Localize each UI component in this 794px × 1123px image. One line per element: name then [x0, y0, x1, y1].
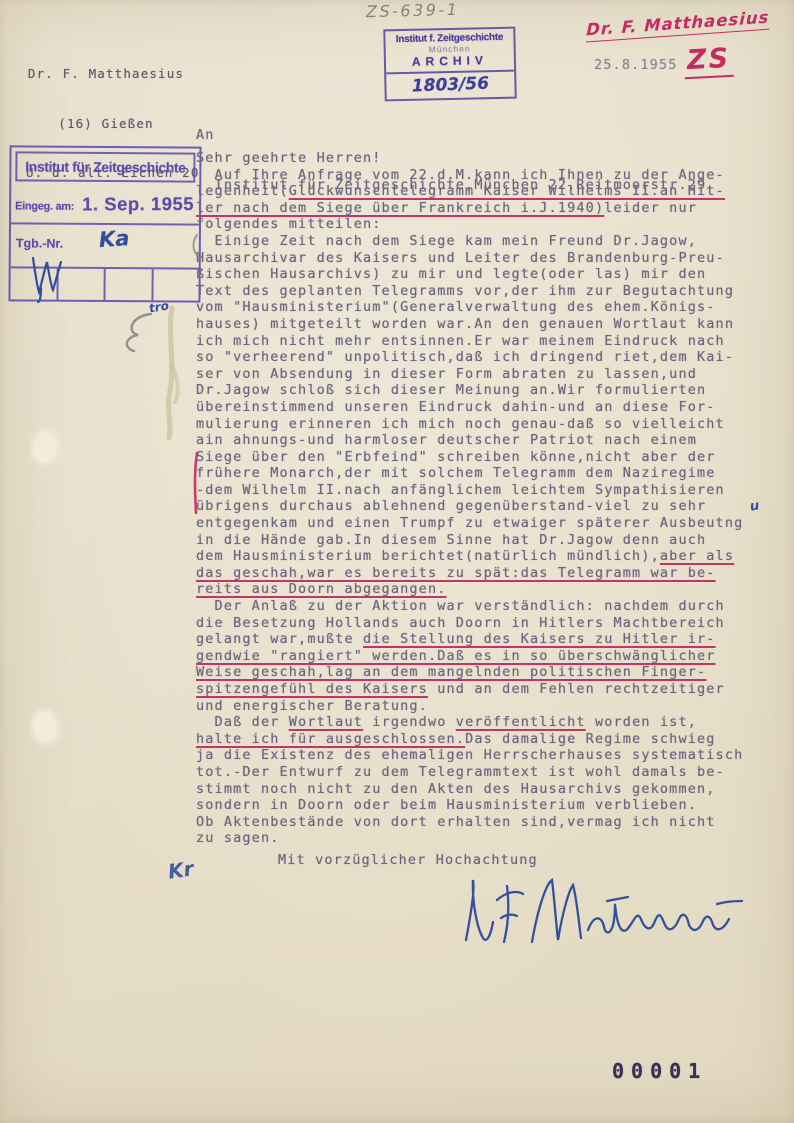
body-line: Sehr geehrte Herren! — [196, 150, 776, 167]
sender-name: Dr. F. Matthaesius — [26, 66, 186, 83]
typed-date: 25.8.1955 — [594, 57, 678, 74]
body-line: vom "Hausministerium"(Generalverwaltung … — [196, 299, 776, 316]
body-line: gendwie "rangiert" werden.Daß es in so ü… — [196, 648, 776, 665]
body-line: Text des geplanten Telegramms vor,der ih… — [196, 283, 776, 300]
archive-stamp: Institut f. Zeitgeschichte München ARCHI… — [383, 27, 516, 102]
page-number: 00001 — [612, 1059, 707, 1083]
faded-ink-streak — [157, 304, 193, 444]
body-line: mulierung erinneren ich mich noch genau-… — [196, 416, 776, 433]
body-line: Dr.Jagow schloß sich dieser Meinung an.W… — [196, 382, 776, 399]
body-line: stimmt noch nicht zu den Akten des Hausa… — [196, 781, 776, 798]
received-label: Eingeg. am: — [15, 200, 74, 212]
body-line: ler nach dem Siege über Frankreich i.J.1… — [196, 200, 776, 217]
body-line: ßischen Hausarchivs) zu mir und legte(od… — [196, 266, 776, 283]
body-line: das geschah,war es bereits zu spät:das T… — [196, 565, 776, 582]
receipt-stamp-date-row: Eingeg. am: 1. Sep. 1955 — [11, 185, 199, 225]
body-line: übereinstimmend unseren Eindruck dahin-u… — [196, 399, 776, 416]
body-line: folgendes mitteilen: — [196, 216, 776, 233]
body-line: ich mich nicht mehr entsinnen.Er war mei… — [196, 333, 776, 350]
scanned-letter-page: Dr. F. Matthaesius (16) Gießen U. d. alt… — [0, 0, 794, 1123]
body-line: ser von Absendung in dieser Form abraten… — [196, 366, 776, 383]
red-ink-zs-annotation: ZS — [683, 43, 734, 80]
small-pencil-mark — [188, 232, 206, 260]
body-line: spitzengefühl des Kaisers und an dem Feh… — [196, 681, 776, 698]
body-line: sondern in Doorn oder beim Hausministeri… — [196, 797, 776, 814]
body-line: entgegenkam und einen Trumpf zu etwaiger… — [196, 515, 776, 532]
body-line: Hausarchivar des Kaisers und Leiter des … — [196, 250, 776, 267]
pencil-squiggle-mark — [119, 308, 161, 358]
body-line: Auf Ihre Anfrage vom 22.d.M.kann ich Ihn… — [196, 167, 776, 184]
body-line: reits aus Doorn abgegangen. — [196, 581, 776, 598]
stamp-grid-cell — [105, 269, 153, 300]
body-line: Einige Zeit nach dem Siege kam mein Freu… — [196, 233, 776, 250]
body-line: dem Hausministerium berichtet(natürlich … — [196, 548, 776, 565]
body-line: ain ahnungs-und harmloser deutscher Patr… — [196, 432, 776, 449]
body-line: Weise geschah,lag an dem mangelnden poli… — [196, 664, 776, 681]
body-line: übrigens durchaus ablehnend gegenübersta… — [196, 498, 776, 515]
body-line: tot.-Der Entwurf zu dem Telegrammtext is… — [196, 764, 776, 781]
tgb-label: Tgb.-Nr. — [16, 236, 63, 250]
paper-hole — [32, 711, 58, 744]
red-ink-name-annotation: Dr. F. Matthaesius — [586, 8, 770, 43]
stamp-cell-initials-mark — [27, 252, 73, 304]
receipt-stamp-title: Institut für Zeitgeschichte — [15, 151, 195, 182]
body-line: halte ich für ausgeschlossen.Das damalig… — [196, 731, 776, 748]
received-date: 1. Sep. 1955 — [82, 193, 194, 215]
sender-city: (16) Gießen — [26, 116, 186, 133]
body-line: -dem Wilhelm II.nach anfänglichem leicht… — [196, 482, 776, 499]
body-line: die Besetzung Hollands auch Doorn in Hit… — [196, 615, 776, 632]
body-line: Ob Aktenbestände von dort erhalten sind,… — [196, 814, 776, 831]
signature — [458, 874, 750, 962]
signature-side-initials: Kr — [166, 856, 194, 883]
body-line: frühere Monarch,der mit solchem Telegram… — [196, 465, 776, 482]
red-margin-line — [190, 450, 202, 516]
inserted-letter-annotation: u — [749, 498, 760, 514]
closing-line: Mit vorzüglicher Hochachtung — [278, 852, 538, 869]
body-line: Siege über den "Erbfeind" schreiben könn… — [196, 449, 776, 466]
body-line: in die Hände gab.In diesem Sinne hat Dr.… — [196, 532, 776, 549]
body-line: gelangt war,mußte die Stellung des Kaise… — [196, 631, 776, 648]
body-line: und energischer Beratung. — [196, 698, 776, 715]
body-line: zu sagen. — [196, 830, 776, 847]
tgb-handwritten-value: Ka — [98, 226, 130, 252]
stamp-grid-cell — [153, 269, 199, 300]
pencil-reference-number: ZS-639-1 — [366, 0, 460, 21]
body-line: legenheit(Glückwunschtelegramm Kaiser Wi… — [196, 183, 776, 200]
body-line: Daß der Wortlaut irgendwo veröffentlicht… — [196, 714, 776, 731]
body-line: Der Anlaß zu der Aktion war verständlich… — [196, 598, 776, 615]
body-line: so "verheerend" unpolitisch,daß ich drin… — [196, 349, 776, 366]
letter-body: Sehr geehrte Herren! Auf Ihre Anfrage vo… — [196, 150, 776, 847]
paper-hole — [31, 430, 59, 464]
recipient-an: An — [196, 127, 706, 144]
body-line: ja die Existenz des ehemaligen Herrscher… — [196, 747, 776, 764]
body-line: hauses) mitgeteilt worden war.An den gen… — [196, 316, 776, 333]
